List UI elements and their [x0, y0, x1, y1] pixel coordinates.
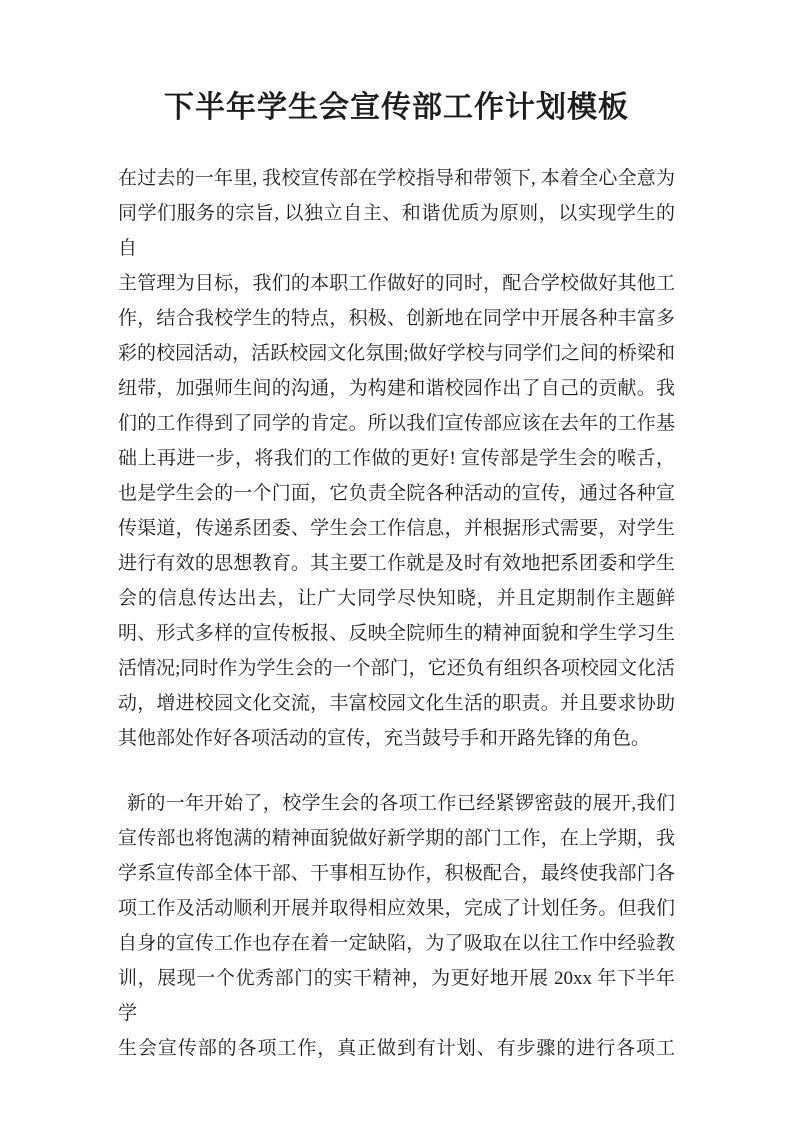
text-line: 彩的校园活动，活跃校园文化氛围;做好学校与同学们之间的桥梁和	[118, 336, 675, 371]
text-line: 在过去的一年里, 我校宣传部在学校指导和带领下, 本着全心全意为	[118, 161, 675, 196]
text-line: 也是学生会的一个门面，它负责全院各种活动的宣传，通过各种宣	[118, 476, 675, 511]
text-line: 新的一年开始了，校学生会的各项工作已经紧锣密鼓的展开,我们	[118, 786, 675, 821]
text-line: 学系宣传部全体干部、干事相互协作，积极配合，最终使我部门各	[118, 856, 675, 891]
text-line: 项工作及活动顺利开展并取得相应效果，完成了计划任务。但我们	[118, 891, 675, 926]
text-line: 主管理为目标，我们的本职工作做好的同时，配合学校做好其他工	[118, 266, 675, 301]
text-line: 明、形式多样的宣传板报、反映全院师生的精神面貌和学生学习生	[118, 616, 675, 651]
text-line: 同学们服务的宗旨, 以独立自主、和谐优质为原则，以实现学生的自	[118, 196, 675, 266]
paragraph-2: 新的一年开始了，校学生会的各项工作已经紧锣密鼓的展开,我们 宣传部也将饱满的精神…	[118, 786, 675, 1066]
text-line: 纽带，加强师生间的沟通，为构建和谐校园作出了自己的贡献。我	[118, 371, 675, 406]
text-line: 活情况;同时作为学生会的一个部门，它还负有组织各项校园文化活	[118, 651, 675, 686]
text-line: 作，结合我校学生的特点，积极、创新地在同学中开展各种丰富多	[118, 301, 675, 336]
text-line: 宣传部也将饱满的精神面貌做好新学期的部门工作，在上学期，我	[118, 821, 675, 856]
text-line: 生会宣传部的各项工作，真正做到有计划、有步骤的进行各项工	[118, 1031, 675, 1066]
text-line: 会的信息传达出去，让广大同学尽快知晓，并且定期制作主题鲜	[118, 581, 675, 616]
document-title: 下半年学生会宣传部工作计划模板	[118, 88, 675, 128]
document-page: 下半年学生会宣传部工作计划模板 在过去的一年里, 我校宣传部在学校指导和带领下,…	[0, 0, 793, 1122]
text-line: 础上再进一步，将我们的工作做的更好! 宣传部是学生会的喉舌，	[118, 441, 675, 476]
text-line: 动，增进校园文化交流，丰富校园文化生活的职责。并且要求协助	[118, 686, 675, 721]
text-line: 自身的宣传工作也存在着一定缺陷，为了吸取在以往工作中经验教	[118, 926, 675, 961]
text-line: 训，展现一个优秀部门的实干精神，为更好地开展 20xx 年下半年学	[118, 961, 675, 1031]
text-line: 传渠道，传递系团委、学生会工作信息，并根据形式需要，对学生	[118, 511, 675, 546]
text-line: 进行有效的思想教育。其主要工作就是及时有效地把系团委和学生	[118, 546, 675, 581]
text-line: 其他部处作好各项活动的宣传，充当鼓号手和开路先锋的角色。	[118, 721, 675, 756]
paragraph-1: 在过去的一年里, 我校宣传部在学校指导和带领下, 本着全心全意为 同学们服务的宗…	[118, 161, 675, 756]
text-line: 们的工作得到了同学的肯定。所以我们宣传部应该在去年的工作基	[118, 406, 675, 441]
